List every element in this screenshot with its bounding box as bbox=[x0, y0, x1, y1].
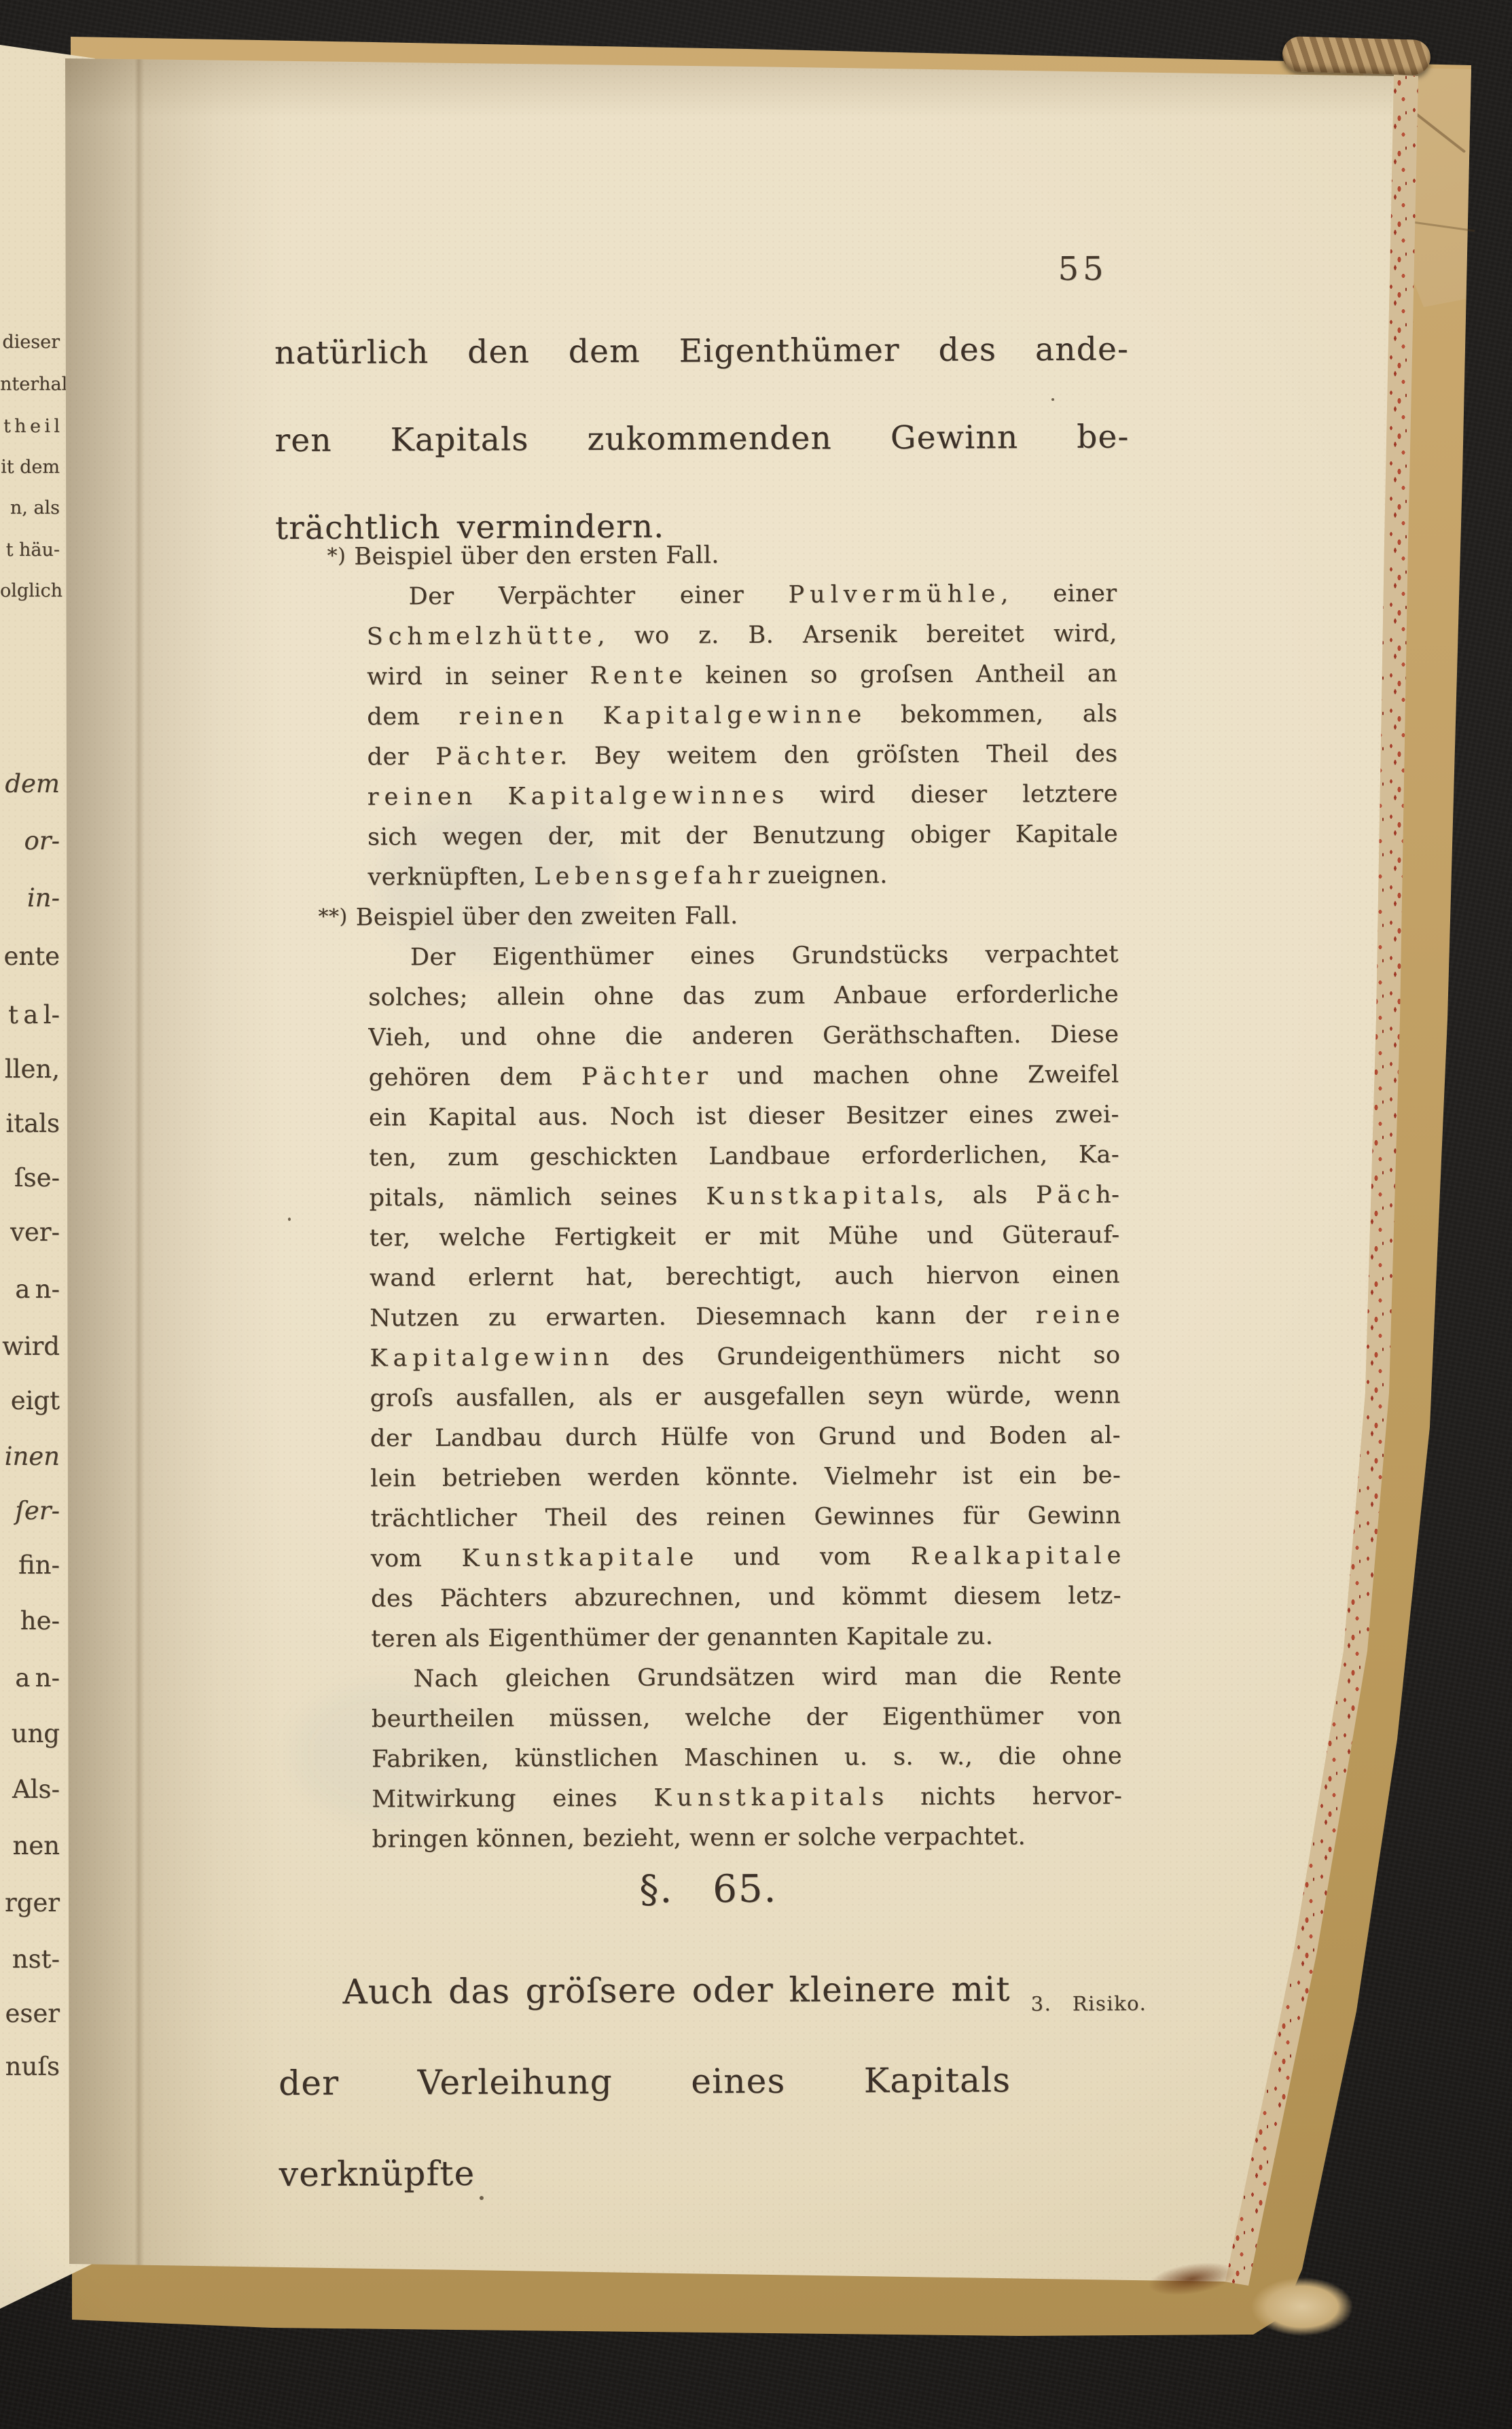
left-page-fragment: ente bbox=[0, 942, 60, 971]
section-text-line: Auch das gröſsere oder kleinere mit bbox=[278, 1943, 1011, 2038]
left-page-fragment: t häu- bbox=[0, 539, 60, 561]
photographed-book-scan: diesernterhal-t h e i lit demn, alst häu… bbox=[0, 0, 1512, 2429]
footnote-line: wand erlernt hat, berechtigt, auch hierv… bbox=[370, 1256, 1120, 1299]
left-page-fragment: in- bbox=[0, 883, 60, 912]
footnote-label-line: *)Beispiel über den ersten Fall. bbox=[305, 534, 1127, 578]
footnote-line: der Landbau durch Hülfe von Grund und Bo… bbox=[370, 1416, 1121, 1459]
footnote-line: sich wegen der, mit der Benutzung obiger… bbox=[367, 815, 1118, 858]
footnote-line: pitals, nämlich seines K u n s t k a p i… bbox=[369, 1175, 1119, 1219]
footnote-label: Beispiel über den zweiten Fall. bbox=[356, 902, 738, 931]
left-page-fragment: nst- bbox=[0, 1945, 60, 1974]
left-page-fragment: or- bbox=[0, 826, 60, 855]
footnote-line: K a p i t a l g e w i n n des Grundeigen… bbox=[370, 1336, 1120, 1379]
worn-bottom-corner bbox=[1251, 2277, 1353, 2336]
footnote-line: r e i n e n K a p i t a l g e w i n n e … bbox=[367, 775, 1118, 818]
left-page-fragment: inen bbox=[0, 1442, 60, 1471]
left-page-fragment: a n- bbox=[0, 1663, 60, 1692]
left-page-fragment: ſer- bbox=[0, 1496, 60, 1525]
section-heading: §. 65. bbox=[281, 1866, 1136, 1913]
footnote-line: dem r e i n e n K a p i t a l g e w i n … bbox=[367, 694, 1117, 738]
footnote-line: S c h m e l z h ü t t e , wo z. B. Arsen… bbox=[367, 614, 1117, 658]
footnote-line: des Pächters abzurechnen, und kömmt dies… bbox=[371, 1576, 1121, 1620]
left-page-fragment: llen, bbox=[0, 1054, 60, 1084]
footnote-marker: **) bbox=[307, 897, 356, 937]
paper-speck bbox=[480, 2196, 484, 2200]
footnote-line: trächtlicher Theil des reinen Gewinnes f… bbox=[370, 1496, 1121, 1540]
left-page-fragment: nterhal- bbox=[0, 374, 60, 395]
main-text-line: ren Kapitals zukommenden Gewinn be- bbox=[274, 393, 1130, 484]
footnote-line: Nach gleichen Grundsätzen wird man die R… bbox=[413, 1656, 1121, 1700]
main-paragraph: natürlich den dem Eigenthümer des ande-r… bbox=[274, 306, 1130, 572]
page-number: 55 bbox=[1058, 250, 1139, 289]
left-page-fragment: he- bbox=[0, 1606, 60, 1635]
left-page-fragment: nuſs bbox=[0, 2052, 60, 2081]
margin-note: 3. Risiko. bbox=[1030, 1958, 1147, 2050]
footnote-line: groſs ausfallen, als er ausgefallen seyn… bbox=[370, 1376, 1121, 1419]
left-page-fragment: eser bbox=[0, 1999, 60, 2028]
footnote-line: Vieh, und ohne die anderen Geräthschafte… bbox=[368, 1015, 1119, 1059]
footnote-line: teren als Eigenthümer der genannten Kapi… bbox=[371, 1616, 1121, 1660]
left-page-fragment: it dem bbox=[0, 457, 60, 478]
left-page-fragment: olglich bbox=[0, 580, 60, 601]
footnote-line: vom K u n s t k a p i t a l e und vom R … bbox=[371, 1536, 1121, 1580]
left-page-fragment: a n- bbox=[0, 1275, 60, 1304]
footnote-label: Beispiel über den ersten Fall. bbox=[354, 542, 719, 570]
footnote-line: Mitwirkung eines K u n s t k a p i t a l… bbox=[372, 1777, 1122, 1820]
footnote-label-line: **)Beispiel über den zweiten Fall. bbox=[307, 895, 1129, 938]
footnote-line: Der Verpächter einer P u l v e r m ü h l… bbox=[408, 574, 1117, 618]
footnote-line: verknüpften, L e b e n s g e f a h r zue… bbox=[367, 855, 1118, 898]
left-page-fragment: ver- bbox=[0, 1218, 60, 1247]
left-page-fragment: Als- bbox=[0, 1775, 60, 1804]
footnote-line: wird in seiner R e n t e keinen so groſs… bbox=[367, 654, 1117, 698]
footnote-line: ten, zum geschickten Landbaue erforderli… bbox=[369, 1135, 1119, 1179]
section-paragraph-lines: Auch das gröſsere oder kleinere mitder V… bbox=[278, 1943, 1011, 2220]
left-page-fragment: dem bbox=[0, 769, 60, 798]
footnote-line: der P ä c h t e r. Bey weitem den gröſst… bbox=[367, 734, 1117, 778]
section-paragraph: Auch das gröſsere oder kleinere mitder V… bbox=[278, 1943, 1011, 2220]
footnote-line: ein Kapital aus. Noch ist dieser Besitze… bbox=[369, 1095, 1119, 1139]
left-page-fragment: n, als bbox=[0, 497, 60, 518]
footnote-line: solches; allein ohne das zum Anbaue erfo… bbox=[368, 975, 1119, 1018]
left-page-fragment: itals bbox=[0, 1109, 60, 1138]
headband-cord bbox=[1282, 36, 1430, 75]
footnotes: *)Beispiel über den ersten Fall.Der Verp… bbox=[305, 534, 1132, 1860]
footnote-line: Fabriken, künstlichen Maschinen u. s. w.… bbox=[372, 1737, 1122, 1780]
footnote-line: gehören dem P ä c h t e r und machen ohn… bbox=[369, 1055, 1119, 1099]
left-page-fragment: t a l- bbox=[0, 1000, 60, 1029]
paper-speck bbox=[1051, 398, 1054, 401]
left-page-fragment: eigt bbox=[0, 1386, 60, 1415]
footnote-line: ter, welche Fertigkeit er mit Mühe und G… bbox=[370, 1216, 1120, 1259]
section-text-line: der Verleihung eines Kapitals verknüpfte bbox=[278, 2034, 1011, 2220]
left-page-fragment: t h e i l bbox=[0, 416, 60, 437]
footnote-line: beurtheilen müssen, welche der Eigenthüm… bbox=[372, 1697, 1122, 1740]
footnote-marker: *) bbox=[305, 536, 354, 576]
left-page-fragment: fin- bbox=[0, 1550, 60, 1580]
footnote-line: lein betrieben werden könnte. Vielmehr i… bbox=[370, 1456, 1121, 1500]
footnote-line: Nutzen zu erwarten. Diesemnach kann der … bbox=[370, 1296, 1120, 1339]
paper-speck bbox=[288, 1218, 291, 1221]
left-page-fragment: dieser bbox=[0, 332, 60, 353]
left-page-fragment: wird bbox=[0, 1332, 60, 1361]
left-page-fragment: ung bbox=[0, 1719, 60, 1748]
left-page-fragment: nen bbox=[0, 1831, 60, 1860]
footnote-line: Der Eigenthümer eines Grundstücks verpac… bbox=[410, 935, 1119, 978]
left-page-fragment: ſse- bbox=[0, 1163, 60, 1192]
left-page-fragment: rger bbox=[0, 1888, 60, 1917]
footnote-line: bringen können, bezieht, wenn er solche … bbox=[372, 1817, 1122, 1860]
main-text-line: natürlich den dem Eigenthümer des ande- bbox=[274, 306, 1130, 397]
